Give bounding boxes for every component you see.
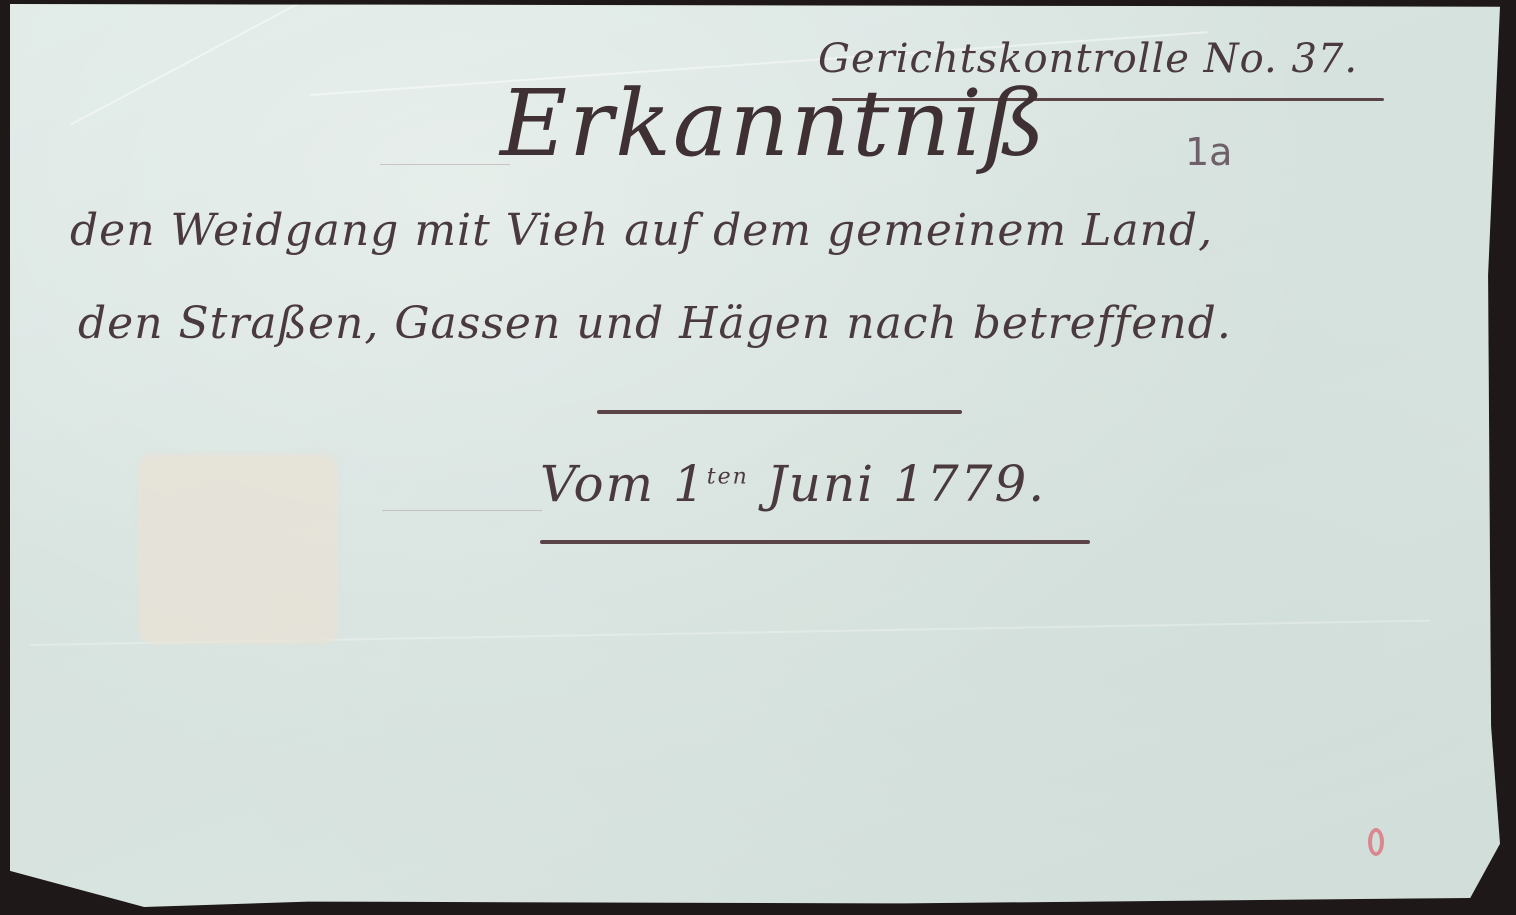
seal-stain [138,454,338,644]
pencil-rule [382,510,542,511]
body-line-2: den Straßen, Gassen und Hägen nach betre… [78,298,1232,349]
date-day-suffix: ten [707,464,749,489]
separator-rule [597,410,962,414]
date-day: 1 [673,455,707,513]
date-month-year: Juni 1779. [767,455,1046,513]
pencil-rule [380,164,510,165]
body-line-1: den Weidgang mit Vieh auf dem gemeinem L… [70,205,1213,256]
document-title: Erkanntniß [500,70,1047,177]
archive-annotation: 1a [1185,130,1232,174]
red-archive-mark [1368,828,1384,856]
document-date: Vom 1ten Juni 1779. [540,455,1046,513]
date-underline [540,540,1090,544]
paper-crease [70,0,530,126]
date-prefix: Vom [540,455,655,513]
